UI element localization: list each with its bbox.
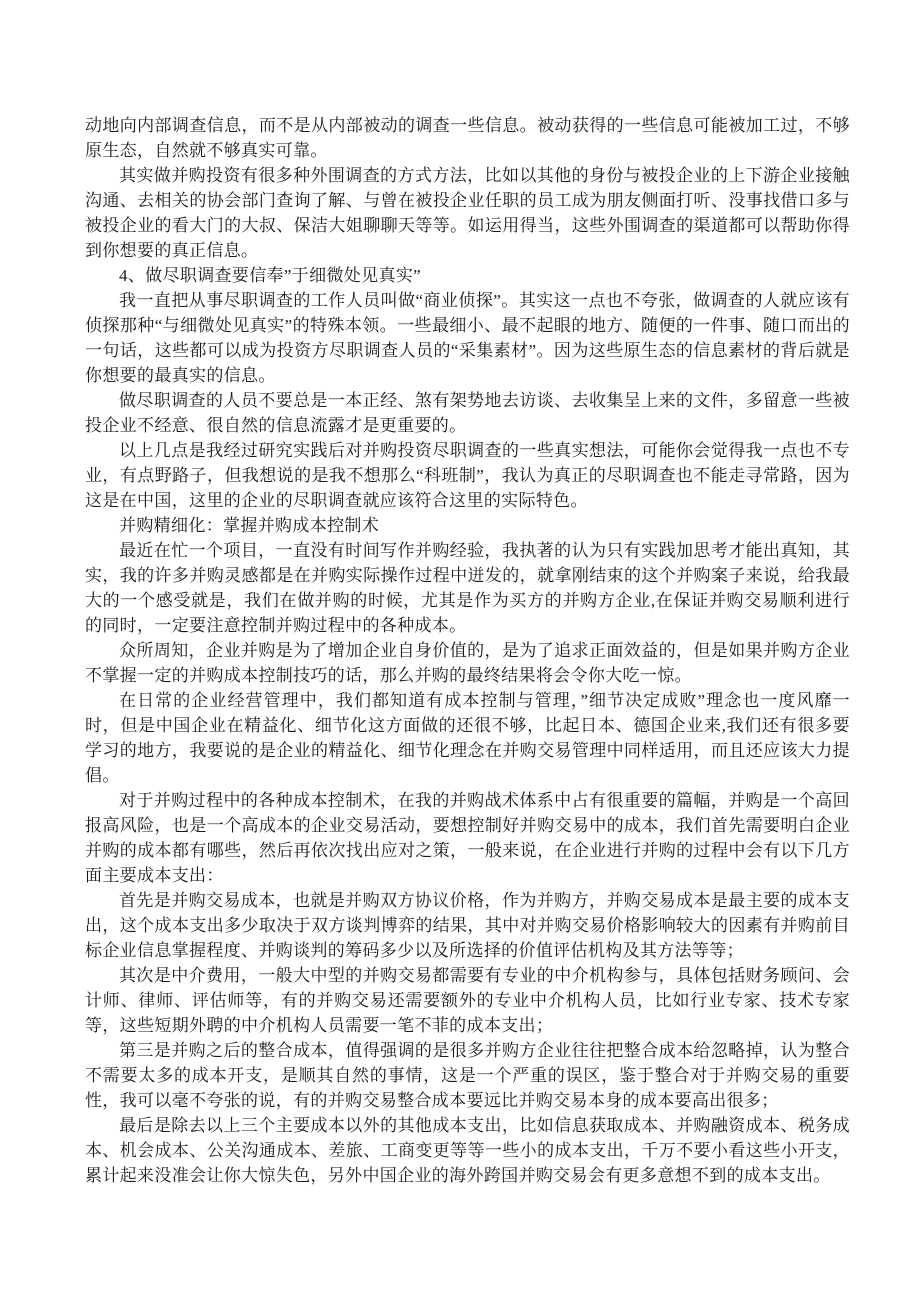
document-content: 动地向内部调查信息，而不是从内部被动的调查一些信息。被动获得的一些信息可能被加工… xyxy=(85,113,850,1188)
paragraph-intermediary-fees: 其次是中介费用，一般大中型的并购交易都需要有专业的中介机构参与，具体包括财务顾问… xyxy=(85,963,850,1038)
paragraph-value-increase: 众所周知，企业并购是为了增加企业自身价值的，是为了追求正面效益的，但是如果并购方… xyxy=(85,638,850,688)
document-page: 动地向内部调查信息，而不是从内部被动的调查一些信息。被动获得的一些信息可能被加工… xyxy=(0,0,920,1301)
paragraph-cost-overview: 对于并购过程中的各种成本控制术，在我的并购战术体系中占有很重要的篇幅，并购是一个… xyxy=(85,788,850,888)
section-heading-due-diligence-detail: 4、做尽职调查要信奉”于细微处见真实” xyxy=(85,263,850,288)
paragraph-detail-management: 在日常的企业经营管理中，我们都知道有成本控制与管理，”细节决定成败”理念也一度风… xyxy=(85,688,850,788)
paragraph-outside-investigation: 其实做并购投资有很多种外围调查的方式方法，比如以其他的身份与被投企业的上下游企业… xyxy=(85,163,850,263)
paragraph-transaction-cost: 首先是并购交易成本，也就是并购双方协议价格，作为并购方，并购交易成本是最主要的成… xyxy=(85,888,850,963)
paragraph-integration-cost: 第三是并购之后的整合成本，值得强调的是很多并购方企业往往把整合成本给忽略掉，认为… xyxy=(85,1038,850,1113)
paragraph-business-detective: 我一直把从事尽职调查的工作人员叫做“商业侦探”。其实这一点也不夸张，做调查的人就… xyxy=(85,288,850,388)
paragraph-other-costs: 最后是除去以上三个主要成本以外的其他成本支出，比如信息获取成本、并购融资成本、税… xyxy=(85,1113,850,1188)
paragraph-unconventional-approach: 以上几点是我经过研究实践后对并购投资尽职调查的一些真实想法，可能你会觉得我一点也… xyxy=(85,438,850,513)
paragraph-recent-project: 最近在忙一个项目，一直没有时间写作并购经验，我执著的认为只有实践加思考才能出真知… xyxy=(85,538,850,638)
section-heading-cost-control: 并购精细化：掌握并购成本控制术 xyxy=(85,513,850,538)
paragraph-continuation: 动地向内部调查信息，而不是从内部被动的调查一些信息。被动获得的一些信息可能被加工… xyxy=(85,113,850,163)
paragraph-casual-observation: 做尽职调查的人员不要总是一本正经、煞有架势地去访谈、去收集呈上来的文件，多留意一… xyxy=(85,388,850,438)
